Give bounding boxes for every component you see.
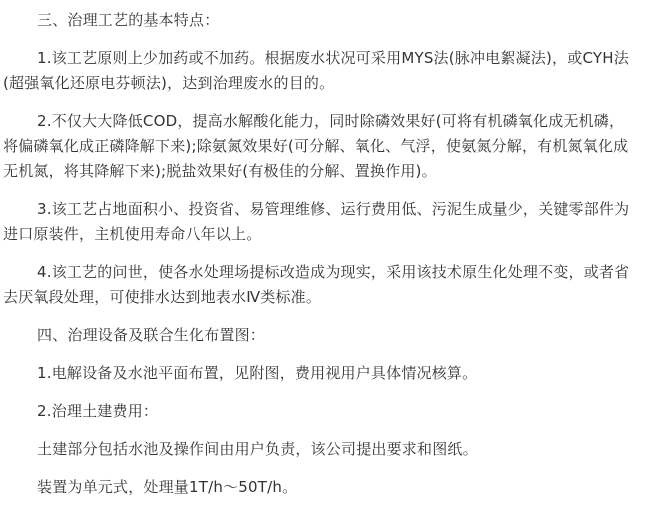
document-body: 三、治理工艺的基本特点： 1.该工艺原则上少加药或不加药。根据废水状况可采用MY… xyxy=(0,0,665,506)
paragraph-feature-3: 3.该工艺占地面积小、投资省、易管理维修、运行费用低、污泥生成量少，关键零部件为… xyxy=(3,197,661,247)
paragraph-layout-1: 1.电解设备及水池平面布置，见附图，费用视用户具体情况核算。 xyxy=(3,361,661,386)
paragraph-feature-1: 1.该工艺原则上少加药或不加药。根据废水状况可采用MYS法(脉冲电絮凝法)，或C… xyxy=(3,46,661,96)
paragraph-unit-capacity: 装置为单元式，处理量1T/h～50T/h。 xyxy=(3,475,661,500)
paragraph-feature-2: 2.不仅大大降低COD，提高水解酸化能力，同时除磷效果好(可将有机磷氧化成无机磷… xyxy=(3,109,661,184)
section-heading-process-features: 三、治理工艺的基本特点： xyxy=(3,8,661,33)
paragraph-civil-cost-heading: 2.治理土建费用： xyxy=(3,399,661,424)
paragraph-feature-4: 4.该工艺的问世，使各水处理场提标改造成为现实，采用该技术原生化处理不变，或者省… xyxy=(3,260,661,310)
paragraph-civil-cost-detail: 土建部分包括水池及操作间由用户负责，该公司提出要求和图纸。 xyxy=(3,437,661,462)
section-heading-equipment-layout: 四、治理设备及联合生化布置图： xyxy=(3,323,661,348)
